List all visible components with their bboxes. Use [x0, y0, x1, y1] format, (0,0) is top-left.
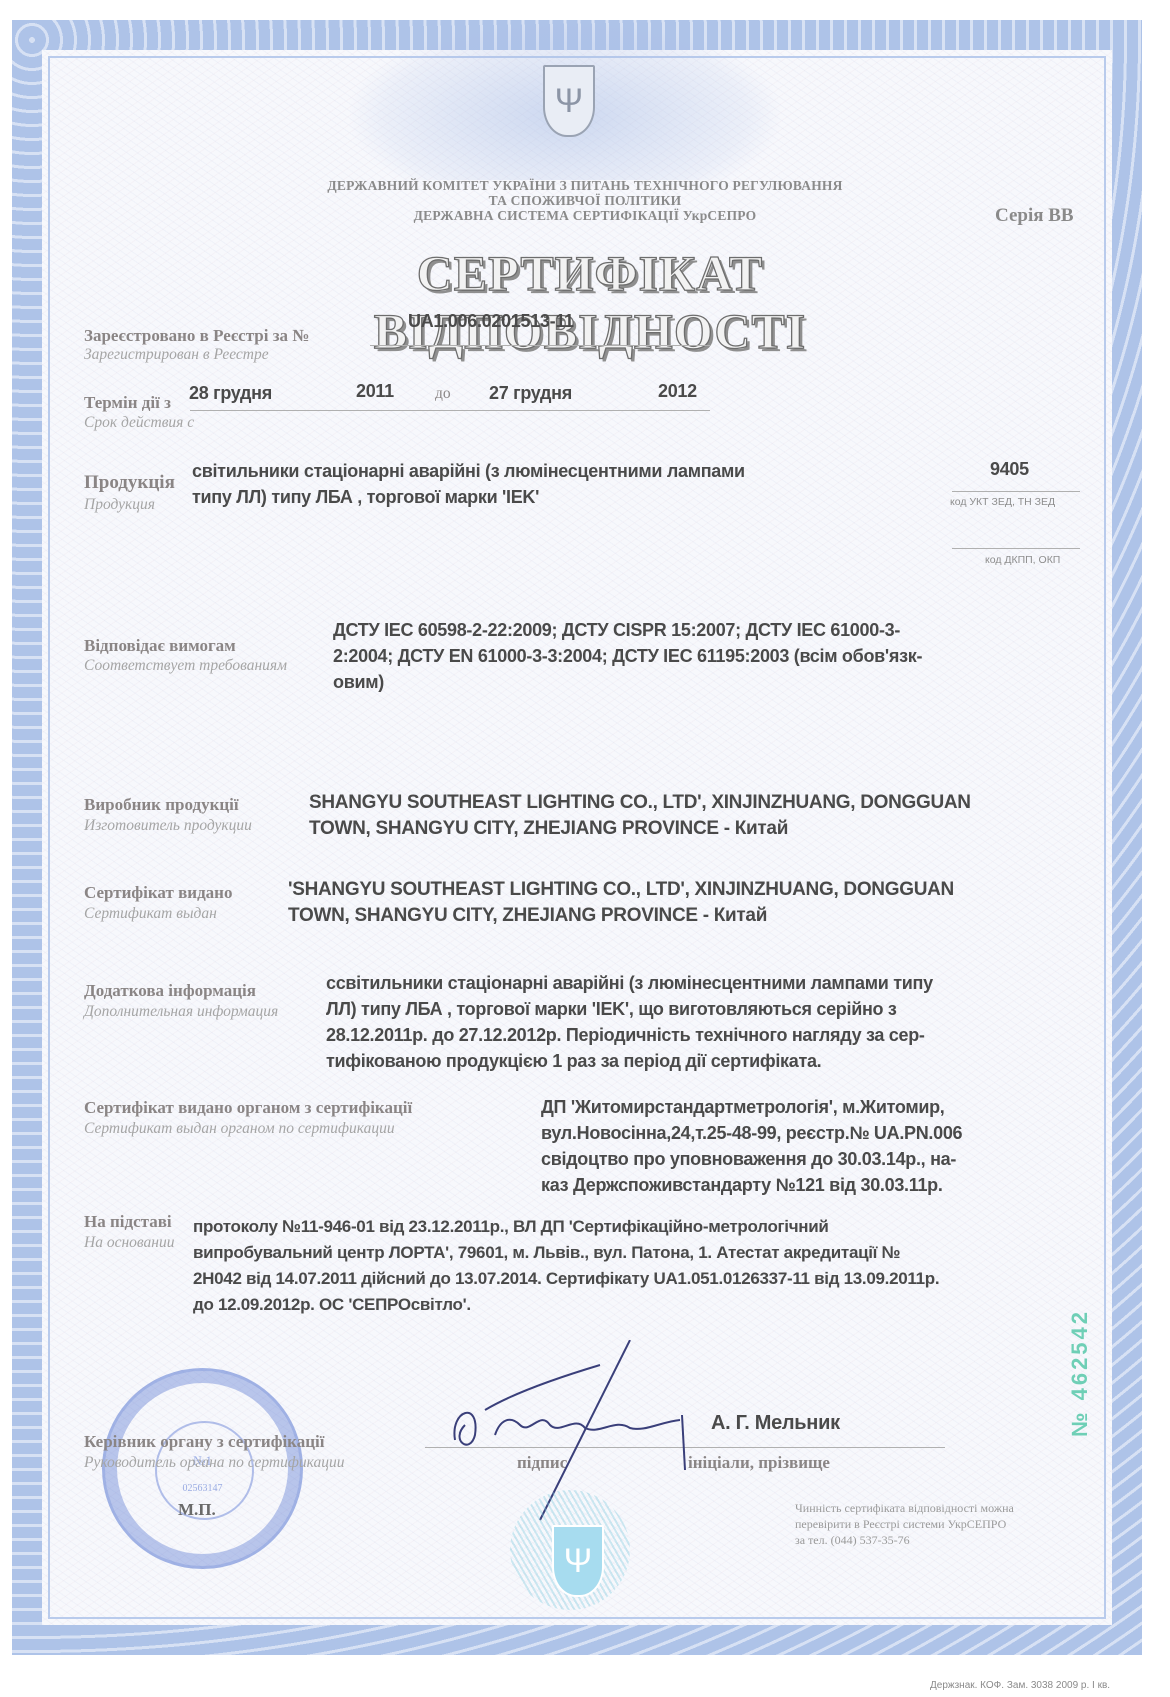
product-label-ru: Продукция: [84, 496, 155, 514]
trident-shield-icon: Ψ: [543, 65, 595, 137]
manufacturer-label-ru: Изготовитель продукции: [84, 817, 252, 835]
basis-line-2: випробувальний центр ЛОРТА', 79601, м. Л…: [193, 1240, 900, 1266]
validity-rule: [190, 410, 710, 411]
registry-number: UA1.006.0201513-11: [408, 308, 574, 334]
product-line-2: типу ЛЛ) типу ЛБА , торгової марки 'IEK': [192, 484, 539, 510]
additional-line-3: 28.12.2011р. до 27.12.2012р. Періодичніс…: [326, 1022, 925, 1048]
basis-line-4: до 12.09.2012р. ОС 'СЕПРОсвітло'.: [193, 1292, 471, 1318]
serial-number: № 462542: [1060, 1280, 1100, 1465]
stamp-code: 02563147: [105, 1483, 300, 1494]
validity-from-year: 2011: [356, 378, 394, 404]
code-uktzed-rule: [952, 491, 1080, 492]
basis-label: На підставі: [84, 1212, 172, 1232]
additional-label: Додаткова інформація: [84, 981, 256, 1001]
validity-to-day: 27 грудня: [489, 380, 572, 406]
requirements-line-3: овим): [333, 669, 384, 695]
issuing-body-line-4: каз Держспоживстандарту №121 від 30.03.1…: [541, 1172, 943, 1198]
header-line-1: ДЕРЖАВНИЙ КОМІТЕТ УКРАЇНИ З ПИТАНЬ ТЕХНІ…: [0, 178, 1170, 194]
issuing-body-label-ru: Сертификат выдан органом по сертификации: [84, 1120, 395, 1138]
validity-label: Термін дії з: [84, 393, 171, 413]
additional-line-4: тифікованою продукцією 1 раз за період д…: [326, 1048, 821, 1074]
validity-label-ru: Срок действия с: [84, 414, 194, 432]
requirements-label-ru: Соответствует требованиям: [84, 657, 287, 675]
code-dkpp-label: код ДКПП, ОКП: [985, 554, 1060, 566]
printer-mark: Держзнак. КОФ. Зам. 3038 2009 р. I кв.: [930, 1680, 1110, 1691]
requirements-line-1: ДСТУ IEC 60598-2-22:2009; ДСТУ CISPR 15:…: [333, 617, 900, 643]
issued-to-label: Сертифікат видано: [84, 883, 232, 903]
series-label: Серія BB: [995, 205, 1074, 227]
issued-to-line-1: 'SHANGYU SOUTHEAST LIGHTING CO., LTD', X…: [288, 877, 954, 903]
registry-rule: [370, 345, 710, 346]
manufacturer-line-1: SHANGYU SOUTHEAST LIGHTING CO., LTD', XI…: [309, 790, 971, 816]
code-dkpp-rule: [952, 548, 1080, 549]
hologram-trident-icon: Ψ: [552, 1525, 604, 1597]
issuing-body-line-1: ДП 'Житомирстандартметрологія', м.Житоми…: [541, 1094, 945, 1120]
certificate-title: СЕРТИФІКАТ ВІДПОВІДНОСТІ: [200, 244, 980, 360]
product-label: Продукція: [84, 472, 175, 494]
basis-line-3: 2Н042 від 14.07.2011 дійсний до 13.07.20…: [193, 1266, 939, 1292]
issuing-body-label: Сертифікат видано органом з сертифікації: [84, 1098, 412, 1118]
issuing-body-line-3: свідоцтво про уповноваження до 30.03.14р…: [541, 1146, 956, 1172]
manufacturer-line-2: TOWN, SHANGYU CITY, ZHEJIANG PROVINCE - …: [309, 816, 788, 842]
product-line-1: світильники стаціонарні аварійні (з люмі…: [192, 458, 745, 484]
stamp-place: М.П.: [178, 1500, 216, 1520]
signature-label: Керівник органу з сертифікації: [84, 1432, 324, 1452]
signature-label-ru: Руководитель органа по сертификации: [84, 1454, 344, 1472]
additional-line-1: ссвітильники стаціонарні аварійні (з люм…: [326, 970, 933, 996]
verification-note: Чинність сертифіката відповідності можна…: [795, 1500, 1095, 1548]
code-uktzed: 9405: [990, 456, 1029, 482]
requirements-line-2: 2:2004; ДСТУ EN 61000-3-3:2004; ДСТУ IEC…: [333, 643, 922, 669]
issuing-body-line-2: вул.Новосінна,24,т.25-48-99, реєстр.№ UA…: [541, 1120, 962, 1146]
code-uktzed-label: код УКТ ЗЕД, ТН ЗЕД: [950, 496, 1055, 508]
basis-line-1: протоколу №11-946-01 від 23.12.2011р., В…: [193, 1214, 829, 1240]
additional-line-2: ЛЛ) типу ЛБА , торгової марки 'IEK', що …: [326, 996, 897, 1022]
validity-from-day: 28 грудня: [189, 380, 272, 406]
registry-label-ru: Зарегистрирован в Реестре: [84, 346, 269, 364]
validity-to-word: до: [435, 385, 451, 403]
registry-label: Зареєстровано в Реєстрі за №: [84, 326, 309, 346]
issued-to-line-2: TOWN, SHANGYU CITY, ZHEJIANG PROVINCE - …: [288, 903, 767, 929]
basis-label-ru: На основании: [84, 1234, 174, 1252]
requirements-label: Відповідає вимогам: [84, 636, 236, 656]
additional-label-ru: Дополнительная информация: [84, 1003, 278, 1021]
validity-to-year: 2012: [658, 378, 697, 404]
manufacturer-label: Виробник продукції: [84, 795, 239, 815]
issued-to-label-ru: Сертификат выдан: [84, 905, 217, 923]
